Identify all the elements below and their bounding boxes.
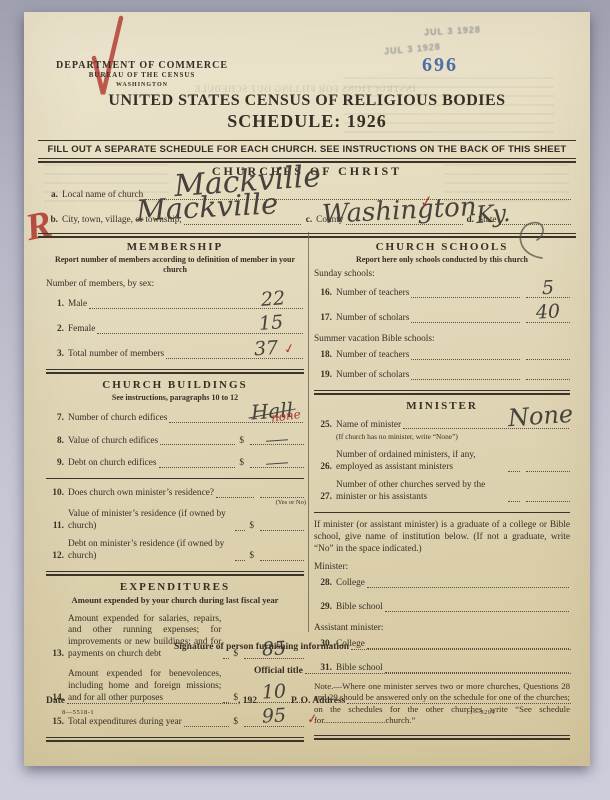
item-number: 25. — [314, 420, 332, 432]
item-label: College — [336, 578, 365, 590]
answer-blank — [526, 379, 570, 380]
form-row-residence-value: 11. Value of minister’s residence (if ow… — [46, 509, 304, 533]
section-rule — [314, 390, 570, 395]
form-row-edifice-value: 8. Value of church edifices $ — [46, 436, 304, 448]
form-row-minister-college: 28. College — [314, 578, 570, 590]
answer-blank: 22 — [89, 308, 303, 309]
handwritten-value: 15 — [258, 311, 284, 337]
form-row-minister-bible-school: 29. Bible school — [314, 602, 570, 614]
dollar-sign: $ — [239, 436, 244, 448]
answer-blank: None — [403, 428, 569, 429]
red-checkmark: ✓ — [283, 341, 297, 360]
banner-instruction: FILL OUT A SEPARATE SCHEDULE FOR EACH CH… — [38, 141, 576, 158]
handwritten-state: Ky. — [475, 199, 511, 229]
signature-row: Signature of person furnishing informati… — [46, 642, 572, 652]
form-subtitle: SCHEDULE: 1926 — [24, 111, 590, 132]
section-rule — [314, 512, 570, 513]
bureau-city: WASHINGTON — [56, 81, 228, 89]
membership-title: MEMBERSHIP — [46, 241, 304, 253]
answer-blank: 15 — [97, 333, 303, 334]
answer-blank: 37✓ — [166, 358, 303, 359]
item-number: 16. — [314, 288, 332, 300]
item-label: Number of ordained ministers, if any, em… — [336, 450, 506, 474]
leader-dots — [184, 726, 230, 727]
membership-subtitle: Report number of members according to de… — [54, 255, 296, 275]
dollar-sign: $ — [249, 551, 254, 563]
item-number: 1. — [46, 299, 64, 311]
yes-no-hint: (Yes or No) — [276, 499, 306, 507]
answer-blank — [250, 444, 304, 445]
item-number: 11. — [46, 521, 64, 533]
item-number: 29. — [314, 602, 332, 614]
form-row-minister-name: 25. Name of minister None — [314, 420, 570, 432]
date-blank — [67, 703, 237, 704]
item-number: 27. — [314, 492, 332, 504]
item-number: 9. — [46, 458, 64, 470]
answer-blank — [526, 359, 570, 360]
item-number: 15. — [46, 717, 64, 729]
handwritten-value: 37✓ — [253, 335, 296, 362]
handwritten-minister-name: None — [507, 399, 574, 434]
item-label: Does church own minister’s residence? — [68, 488, 214, 500]
handwritten-value: 22 — [260, 286, 286, 312]
expenditures-title: EXPENDITURES — [46, 581, 304, 593]
answer-blank — [260, 530, 304, 531]
form-row-female: 2. Female 15 — [46, 324, 304, 336]
section-rule — [46, 369, 304, 374]
summer-schools-label: Summer vacation Bible schools: — [314, 334, 570, 344]
dollar-sign: $ — [249, 521, 254, 533]
form-row-other-churches: 27. Number of other churches served by t… — [314, 480, 570, 504]
item-label: Total number of members — [68, 349, 164, 361]
form-row-summer-teachers: 18. Number of teachers — [314, 350, 570, 362]
item-label: Male — [68, 299, 87, 311]
form-row-total-expenditures: 15. Total expenditures during year $ 95✓ — [46, 717, 304, 729]
item-number: 28. — [314, 578, 332, 590]
photo-of-census-form: { "colors": { "accent_red": "#b0352c", "… — [0, 0, 610, 800]
form-row-male: 1. Male 22 — [46, 299, 304, 311]
answer-blank — [526, 501, 570, 502]
item-label: Number of teachers — [336, 350, 409, 362]
item-number: 7. — [46, 413, 64, 425]
po-address-label: P. O. Address — [291, 696, 345, 706]
leader-dots — [411, 297, 520, 298]
item-label: Debt on church edifices — [68, 458, 157, 470]
item-label: Number of scholars — [336, 370, 409, 382]
agency-header: DEPARTMENT OF COMMERCE BUREAU OF THE CEN… — [56, 60, 228, 89]
handwritten-dash — [266, 463, 288, 466]
item-number: 26. — [314, 462, 332, 474]
leader-dots — [411, 379, 520, 380]
section-rule — [46, 737, 304, 742]
local-name-label: Local name of church — [62, 190, 143, 202]
graduate-note: If minister (or assistant minister) is a… — [314, 519, 570, 555]
leader-dots — [411, 322, 520, 323]
answer-blank: (Yes or No) — [260, 497, 304, 498]
leader-dots — [216, 497, 254, 498]
official-title-row: Official title — [46, 666, 572, 676]
form-row-sunday-teachers: 16. Number of teachers 5 — [314, 288, 570, 300]
item-number: 18. — [314, 350, 332, 362]
item-label: Number of church edifices — [68, 413, 167, 425]
answer-blank: 95✓ — [244, 726, 304, 727]
item-number: 2. — [46, 324, 64, 336]
form-row-edifices: 7. Number of church edifices Hall none — [46, 413, 304, 425]
form-row-residence-debt: 12. Debt on minister’s residence (if own… — [46, 539, 304, 563]
form-row-total-members: 3. Total number of members 37✓ — [46, 349, 304, 361]
bureau-name: BUREAU OF THE CENSUS — [56, 71, 228, 81]
answer-blank — [260, 560, 304, 561]
item-number: 19. — [314, 370, 332, 382]
handwritten-value: 40 — [529, 300, 566, 326]
red-checkmark: ✓ — [419, 191, 435, 213]
section-rule — [46, 571, 304, 576]
leader-dots — [235, 530, 245, 531]
handwritten-value: 95 — [247, 703, 300, 730]
dollar-sign: $ — [233, 717, 238, 729]
leader-dots — [235, 560, 245, 561]
item-label: Name of minister — [336, 420, 401, 432]
schools-subtitle: Report here only schools conducted by th… — [322, 255, 562, 265]
form-row-summer-scholars: 19. Number of scholars — [314, 370, 570, 382]
leader-dots — [159, 467, 236, 468]
section-rule — [314, 735, 570, 740]
official-title-blank — [305, 673, 571, 674]
leader-dots — [160, 444, 235, 445]
footer-block: Signature of person furnishing informati… — [46, 642, 572, 706]
po-address-blank — [347, 703, 571, 704]
item-letter: a. — [46, 190, 58, 202]
date-address-row: Date , 192 P. O. Address 8—5518-1 11—920… — [46, 696, 572, 706]
item-number: 12. — [46, 551, 64, 563]
answer-blank: 5 — [526, 297, 570, 298]
answer-blank — [367, 587, 569, 588]
section-rule — [46, 478, 304, 479]
answer-blank — [385, 611, 569, 612]
item-label: Number of scholars — [336, 313, 409, 325]
item-label: Number of other churches served by the m… — [336, 480, 506, 504]
leader-dots — [411, 359, 520, 360]
item-number: 17. — [314, 313, 332, 325]
form-number-left: 8—5518-1 — [62, 709, 94, 716]
answer-blank: 40 — [526, 322, 570, 323]
item-label: Number of teachers — [336, 288, 409, 300]
column-divider — [308, 232, 309, 632]
expenditures-subtitle: Amount expended by your church during la… — [54, 595, 296, 606]
answer-blank: Hall none — [169, 422, 303, 423]
item-number: 8. — [46, 436, 64, 448]
signature-label: Signature of person furnishing informati… — [174, 642, 349, 652]
date-label: Date — [46, 696, 65, 706]
leader-dots — [508, 471, 520, 472]
form-number-right: 11—9204 — [466, 709, 495, 716]
form-row-sunday-scholars: 17. Number of scholars 40 — [314, 313, 570, 325]
handwritten-value: 5 — [529, 275, 566, 301]
item-label: Debt on minister’s residence (if owned b… — [68, 539, 233, 563]
item-label: Value of church edifices — [68, 436, 158, 448]
department-name: DEPARTMENT OF COMMERCE — [56, 60, 228, 71]
buildings-title: CHURCH BUILDINGS — [46, 379, 304, 391]
dollar-sign: $ — [239, 458, 244, 470]
answer-blank — [250, 467, 304, 468]
census-form-paper: INSTRUCTIONS FOR FILLING OUT SCHEDULE JU… — [24, 12, 590, 766]
item-letter: c. — [302, 215, 312, 227]
signature-blank — [351, 649, 571, 650]
form-row-own-residence: 10. Does church own minister’s residence… — [46, 488, 304, 500]
date-stamp: JUL 3 1928 — [424, 25, 481, 38]
red-correction: none — [270, 407, 302, 426]
official-title-label: Official title — [254, 666, 303, 676]
minister-education-label: Minister: — [314, 562, 570, 572]
form-row-edifice-debt: 9. Debt on church edifices $ — [46, 458, 304, 470]
handwritten-dash — [266, 440, 288, 443]
form-row-ordained-ministers: 26. Number of ordained ministers, if any… — [314, 450, 570, 474]
item-label: Female — [68, 324, 95, 336]
form-title: UNITED STATES CENSUS OF RELIGIOUS BODIES — [24, 92, 590, 110]
schools-title: CHURCH SCHOOLS — [314, 241, 570, 253]
date-year-prefix: , 192 — [238, 696, 257, 706]
assistant-education-label: Assistant minister: — [314, 623, 570, 633]
schedule-number-stamp: 696 — [422, 54, 458, 77]
answer-blank — [526, 471, 570, 472]
item-number: 10. — [46, 488, 64, 500]
item-label: Value of minister’s residence (if owned … — [68, 509, 233, 533]
leader-dots — [508, 501, 520, 502]
item-number: 3. — [46, 349, 64, 361]
minister-name-hint: (If church has no minister, write “None”… — [336, 432, 570, 441]
item-label: Total expenditures during year — [68, 717, 182, 729]
item-label: Bible school — [336, 602, 383, 614]
